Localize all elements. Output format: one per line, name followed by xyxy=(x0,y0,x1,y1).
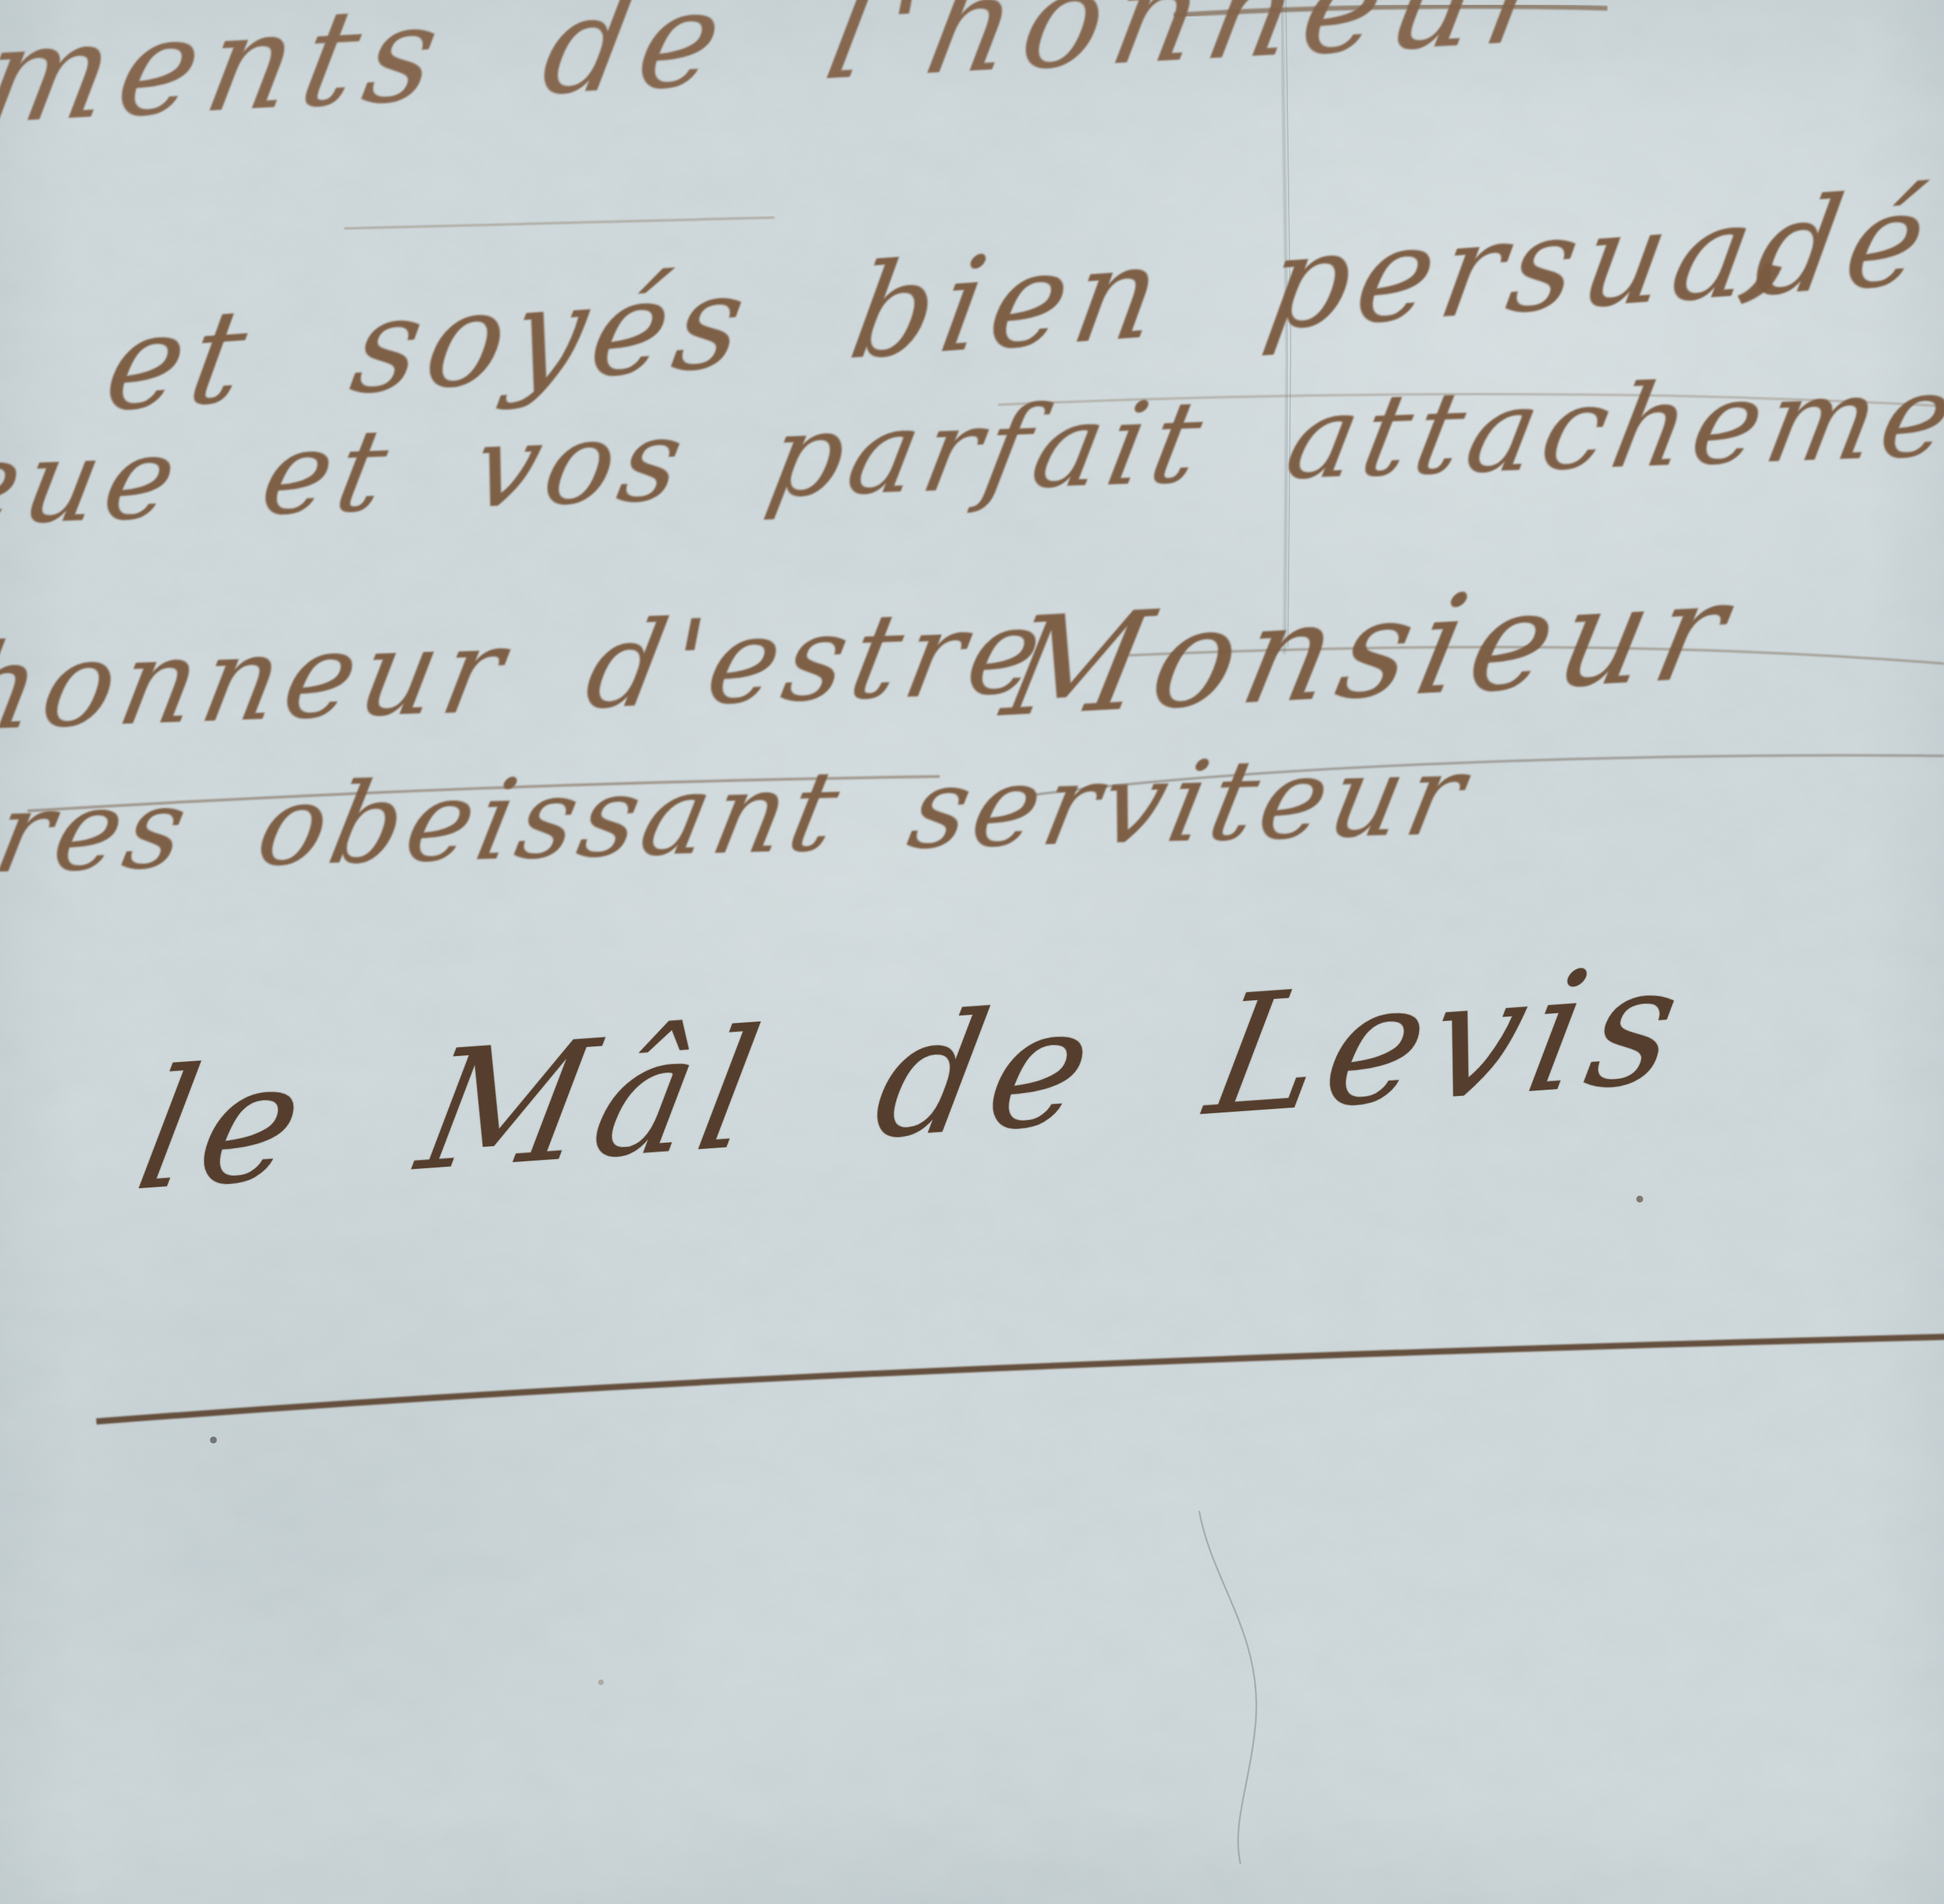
ink-speck-3 xyxy=(598,1680,604,1685)
manuscript-page: ements de l'honneur et soyés bien persua… xyxy=(0,0,1944,1904)
ink-speck-1 xyxy=(210,1437,217,1443)
ink-speck-2 xyxy=(1636,1196,1643,1203)
